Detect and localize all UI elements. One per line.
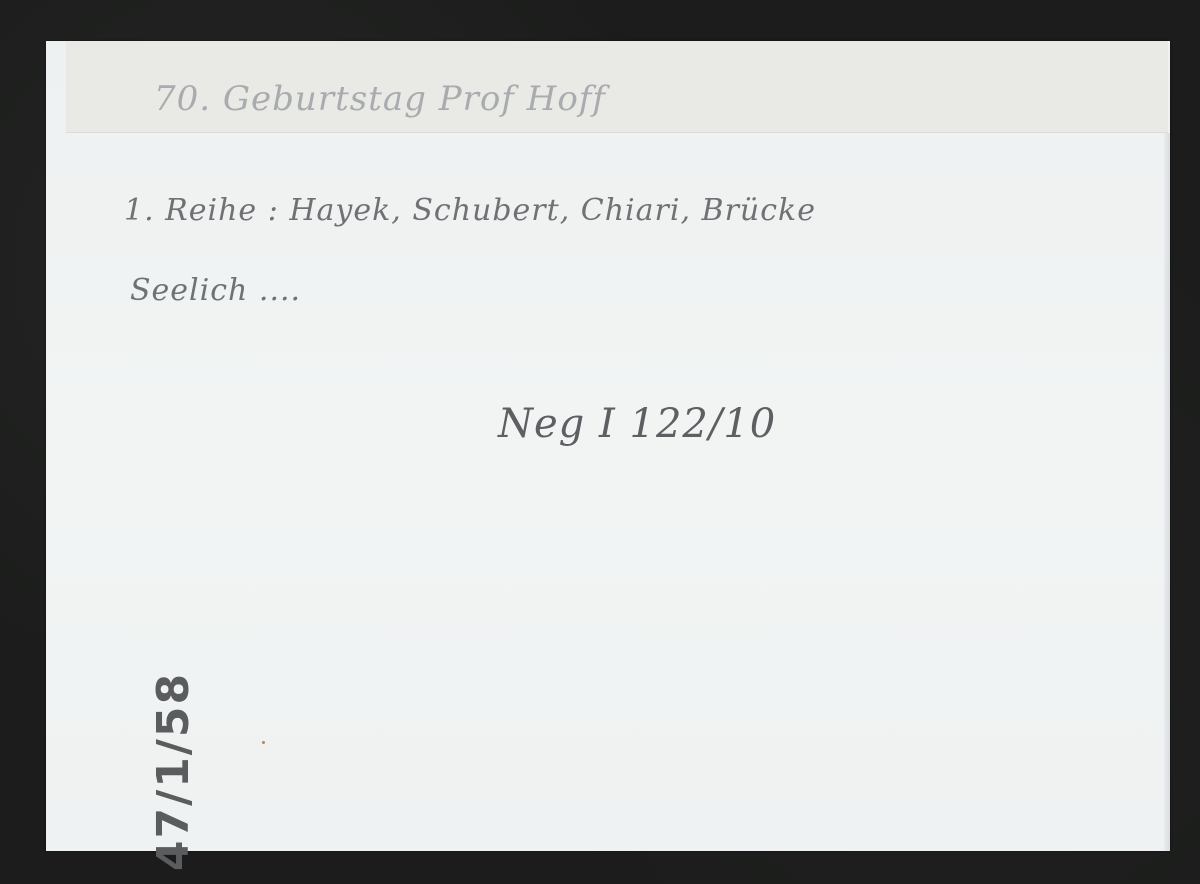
negative-number: Neg I 122/10 bbox=[498, 401, 776, 447]
tape-label-text: 70. Geburtstag Prof Hoff bbox=[154, 79, 606, 119]
archive-number-rotated: 47/1/58 bbox=[148, 672, 199, 871]
card-edge bbox=[1164, 133, 1170, 851]
row-names-line1: 1. Reihe : Hayek, Schubert, Chiari, Brüc… bbox=[124, 193, 816, 228]
paper-speck bbox=[262, 741, 265, 744]
row-names-line2: Seelich .... bbox=[130, 273, 301, 308]
photo-card-back: 70. Geburtstag Prof Hoff 1. Reihe : Haye… bbox=[46, 41, 1170, 851]
tape-strip: 70. Geburtstag Prof Hoff bbox=[66, 41, 1168, 133]
